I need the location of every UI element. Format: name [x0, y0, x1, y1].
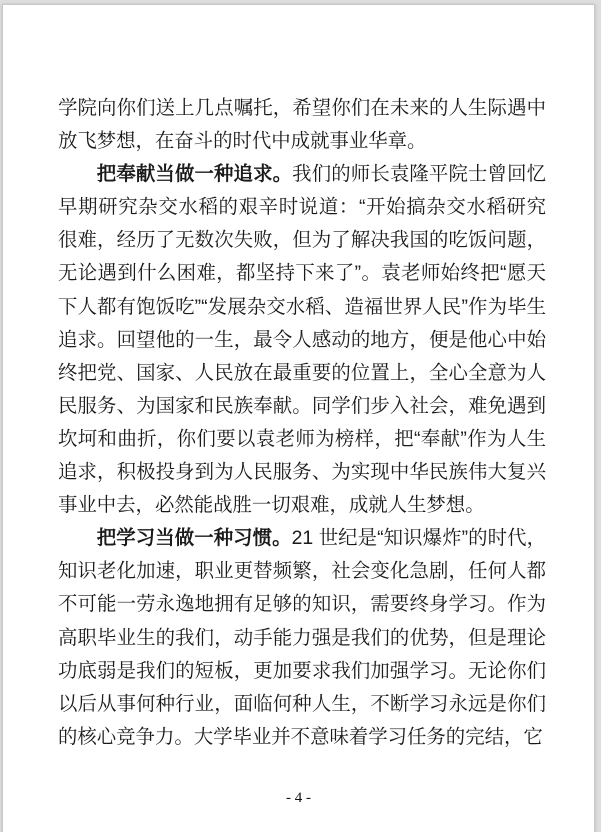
page-number: - 4 -: [3, 789, 594, 808]
bold-text-run: 把奉献当做一种追求。: [97, 163, 292, 185]
paragraph-3: 把学习当做一种习惯。21 世纪是“知识爆炸”的时代，知识老化加速，职业更替频繁，…: [58, 522, 546, 754]
text-run: 21 世纪是“知识爆炸”的时代，知识老化加速，职业更替频繁，社会变化急剧，任何人…: [58, 527, 546, 748]
paragraph-1: 学院向你们送上几点嘱托，希望你们在未来的人生际遇中放飞梦想，在奋斗的时代中成就事…: [58, 92, 546, 158]
document-body: 学院向你们送上几点嘱托，希望你们在未来的人生际遇中放飞梦想，在奋斗的时代中成就事…: [58, 92, 546, 754]
document-page[interactable]: 学院向你们送上几点嘱托，希望你们在未来的人生际遇中放飞梦想，在奋斗的时代中成就事…: [2, 4, 595, 832]
document-viewer-background: 学院向你们送上几点嘱托，希望你们在未来的人生际遇中放飞梦想，在奋斗的时代中成就事…: [0, 0, 601, 832]
paragraph-2: 把奉献当做一种追求。我们的师长袁隆平院士曾回忆早期研究杂交水稻的艰辛时说道：“开…: [58, 158, 546, 522]
text-run: 学院向你们送上几点嘱托，希望你们在未来的人生际遇中放飞梦想，在奋斗的时代中成就事…: [58, 97, 546, 152]
text-run: 我们的师长袁隆平院士曾回忆早期研究杂交水稻的艰辛时说道：“开始搞杂交水稻研究很难…: [58, 163, 546, 516]
bold-text-run: 把学习当做一种习惯。: [97, 527, 292, 549]
